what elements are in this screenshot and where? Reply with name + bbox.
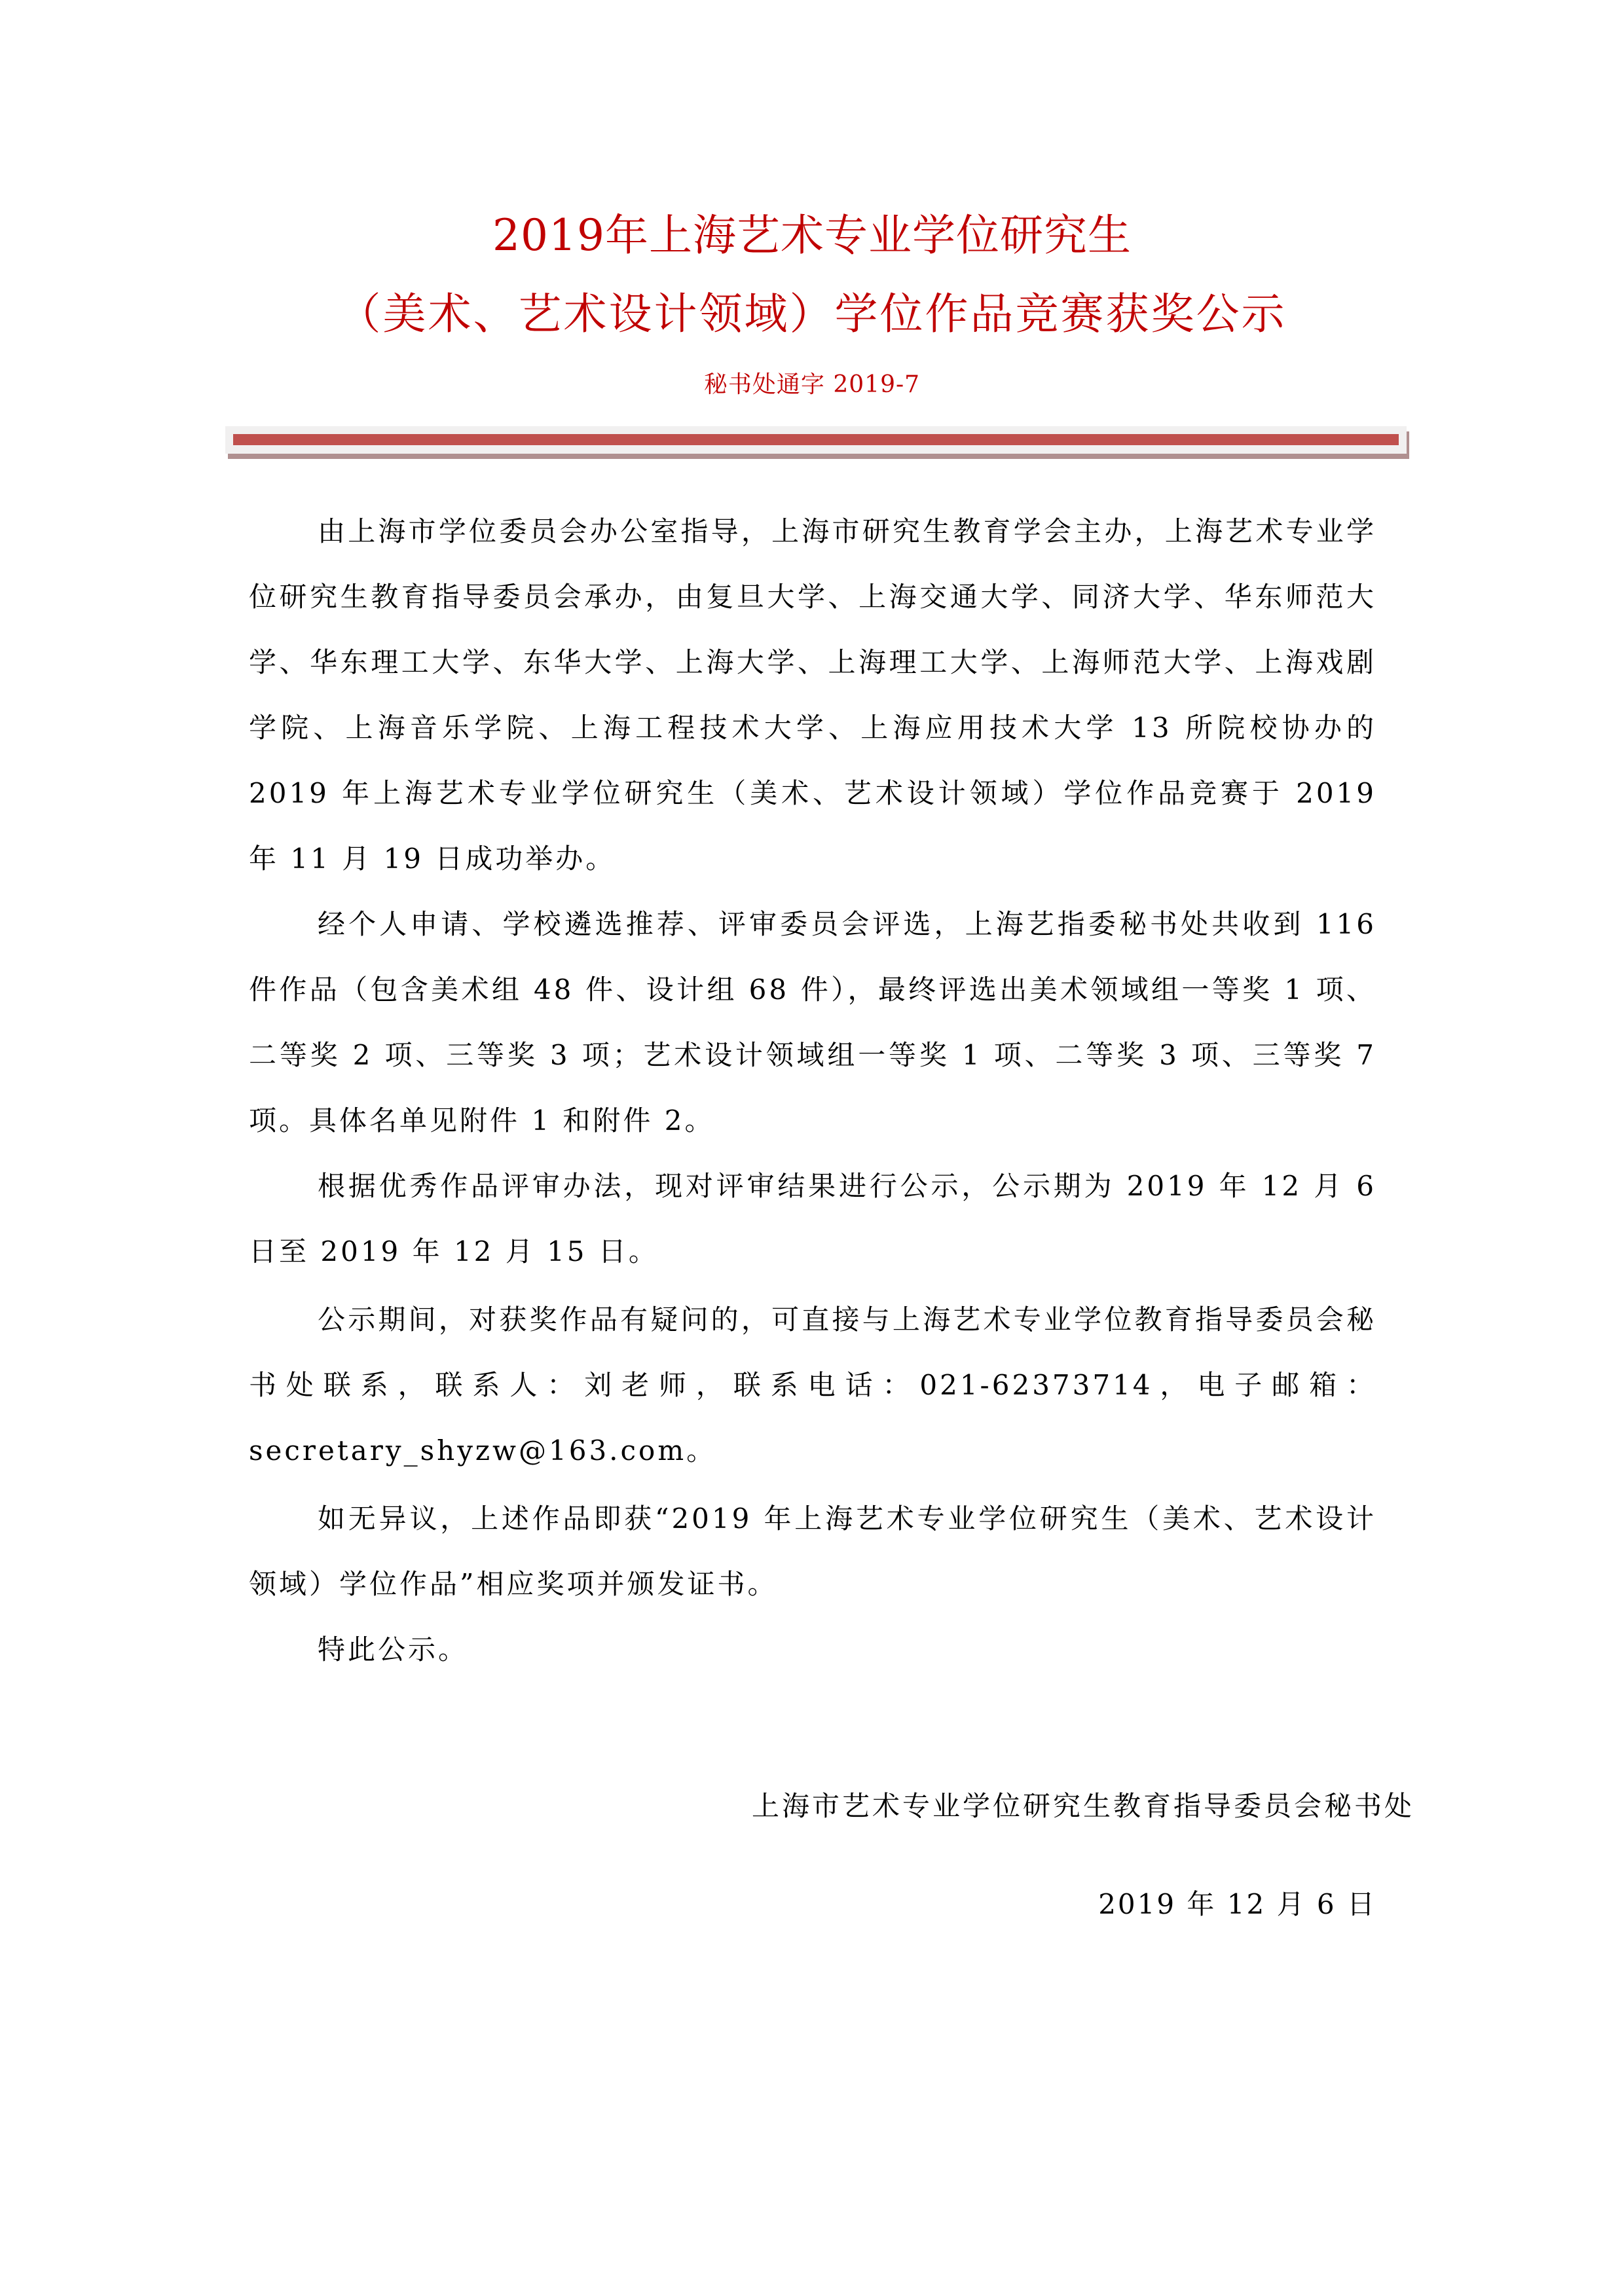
paragraph-publicity-period: 根据优秀作品评审办法，现对评审结果进行公示，公示期为 2019 年 12 月 6… xyxy=(249,1154,1376,1285)
document-title-line-2: （美术、艺术设计领域）学位作品竞赛获奖公示 xyxy=(0,288,1624,340)
paragraph-results: 经个人申请、学校遴选推荐、评审委员会评选，上海艺指委秘书处共收到 116 件作品… xyxy=(249,892,1376,1154)
paragraph-intro: 由上海市学位委员会办公室指导，上海市研究生教育学会主办，上海艺术专业学位研究生教… xyxy=(249,499,1376,892)
issuer-signature: 上海市艺术专业学位研究生教育指导委员会秘书处 xyxy=(752,1783,1414,1829)
document-title-line-1: 2019年上海艺术专业学位研究生 xyxy=(0,210,1624,262)
paragraph-certificate: 如无异议，上述作品即获“2019 年上海艺术专业学位研究生（美术、艺术设计领域）… xyxy=(249,1486,1376,1617)
document-number: 秘书处通字 2019-7 xyxy=(0,371,1624,399)
paragraph-contact: 公示期间，对获奖作品有疑问的，可直接与上海艺术专业学位教育指导委员会秘书处联系，… xyxy=(249,1287,1376,1484)
issue-date: 2019 年 12 月 6 日 xyxy=(1098,1882,1376,1927)
header-divider-red-bar xyxy=(233,434,1399,445)
document-body: 由上海市学位委员会办公室指导，上海市研究生教育学会主办，上海艺术专业学位研究生教… xyxy=(249,499,1376,1683)
document-page: 2019年上海艺术专业学位研究生 （美术、艺术设计领域）学位作品竞赛获奖公示 秘… xyxy=(0,0,1624,2296)
paragraph-closing: 特此公示。 xyxy=(249,1617,1376,1683)
